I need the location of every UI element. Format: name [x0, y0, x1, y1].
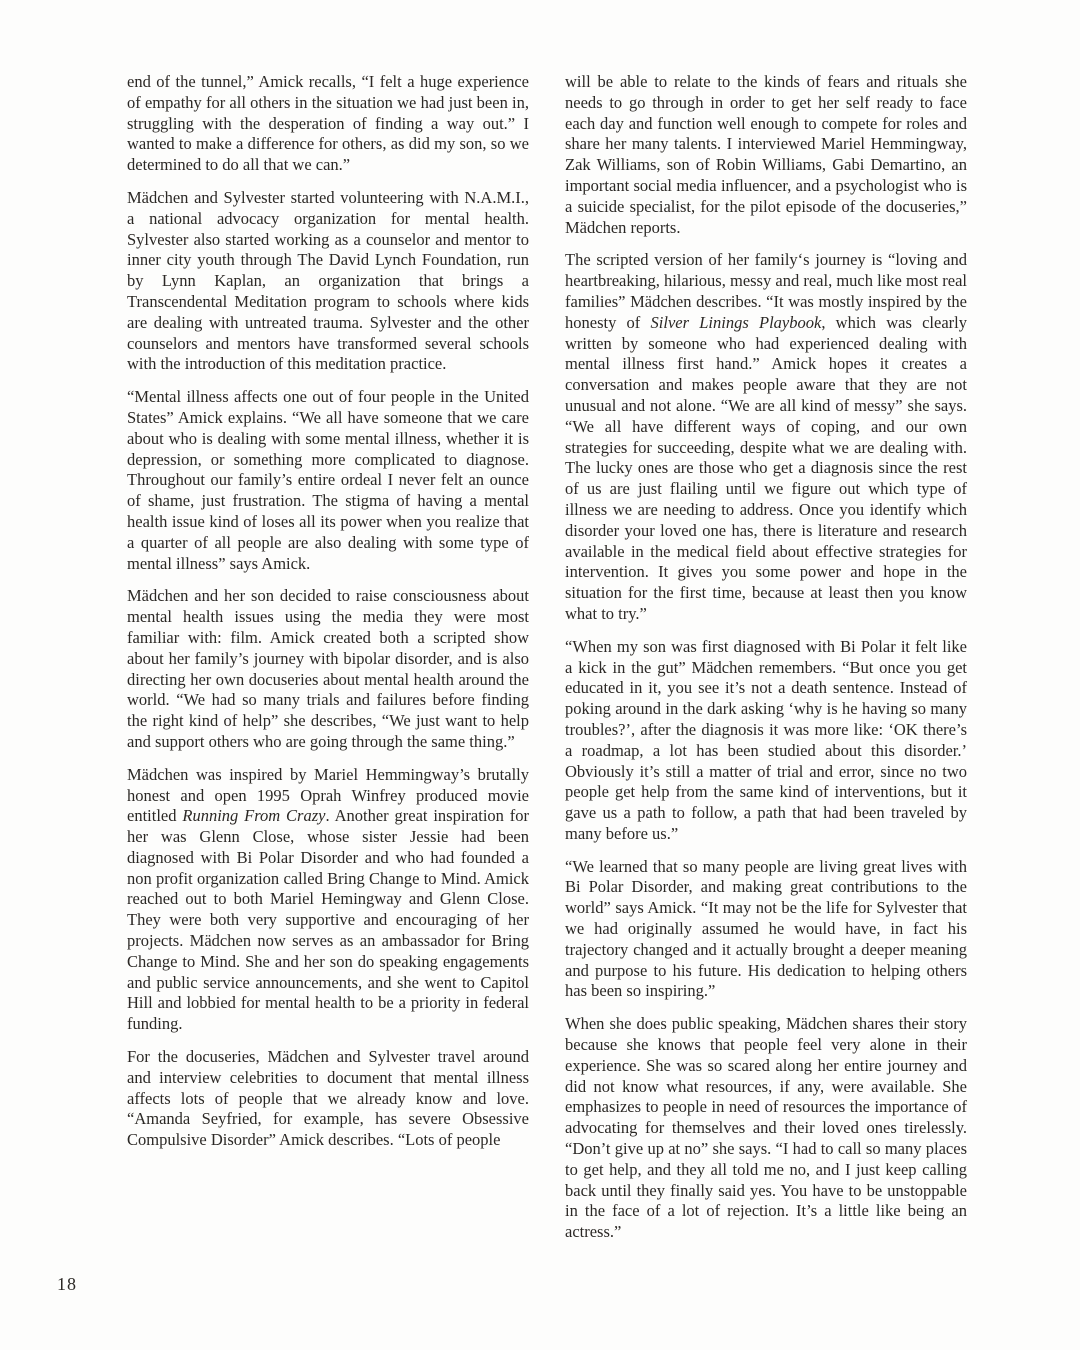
paragraph: For the docuseries, Mädchen and Sylveste…: [127, 1047, 529, 1151]
text-run: end of the tunnel,” Amick recalls, “I fe…: [127, 72, 529, 174]
text-run: When she does public speaking, Mädchen s…: [565, 1014, 967, 1241]
text-run: will be able to relate to the kinds of f…: [565, 72, 967, 237]
paragraph: “Mental illness affects one out of four …: [127, 387, 529, 574]
magazine-page: end of the tunnel,” Amick recalls, “I fe…: [0, 0, 1080, 1350]
page-number: 18: [57, 1274, 77, 1295]
left-column: end of the tunnel,” Amick recalls, “I fe…: [127, 72, 529, 1255]
text-run: Mädchen and her son decided to raise con…: [127, 586, 529, 751]
italic-title: Silver Linings Playbook: [651, 313, 822, 332]
paragraph: “When my son was first diagnosed with Bi…: [565, 637, 967, 845]
paragraph: When she does public speaking, Mädchen s…: [565, 1014, 967, 1243]
article-body: end of the tunnel,” Amick recalls, “I fe…: [127, 72, 967, 1255]
text-run: “We learned that so many people are livi…: [565, 857, 967, 1001]
paragraph: Mädchen and her son decided to raise con…: [127, 586, 529, 752]
text-run: . Another great inspiration for her was …: [127, 806, 529, 1033]
text-run: “When my son was first diagnosed with Bi…: [565, 637, 967, 843]
paragraph: Mädchen and Sylvester started volunteeri…: [127, 188, 529, 375]
text-run: Mädchen and Sylvester started volunteeri…: [127, 188, 529, 373]
paragraph: end of the tunnel,” Amick recalls, “I fe…: [127, 72, 529, 176]
text-run: For the docuseries, Mädchen and Sylveste…: [127, 1047, 529, 1149]
paragraph: The scripted version of her family‘s jou…: [565, 250, 967, 624]
italic-title: Running From Crazy: [182, 806, 325, 825]
text-run: , which was clearly written by someone w…: [565, 313, 967, 623]
right-column: will be able to relate to the kinds of f…: [565, 72, 967, 1255]
paragraph: “We learned that so many people are livi…: [565, 857, 967, 1003]
paragraph: will be able to relate to the kinds of f…: [565, 72, 967, 238]
paragraph: Mädchen was inspired by Mariel Hemmingwa…: [127, 765, 529, 1035]
text-run: “Mental illness affects one out of four …: [127, 387, 529, 572]
